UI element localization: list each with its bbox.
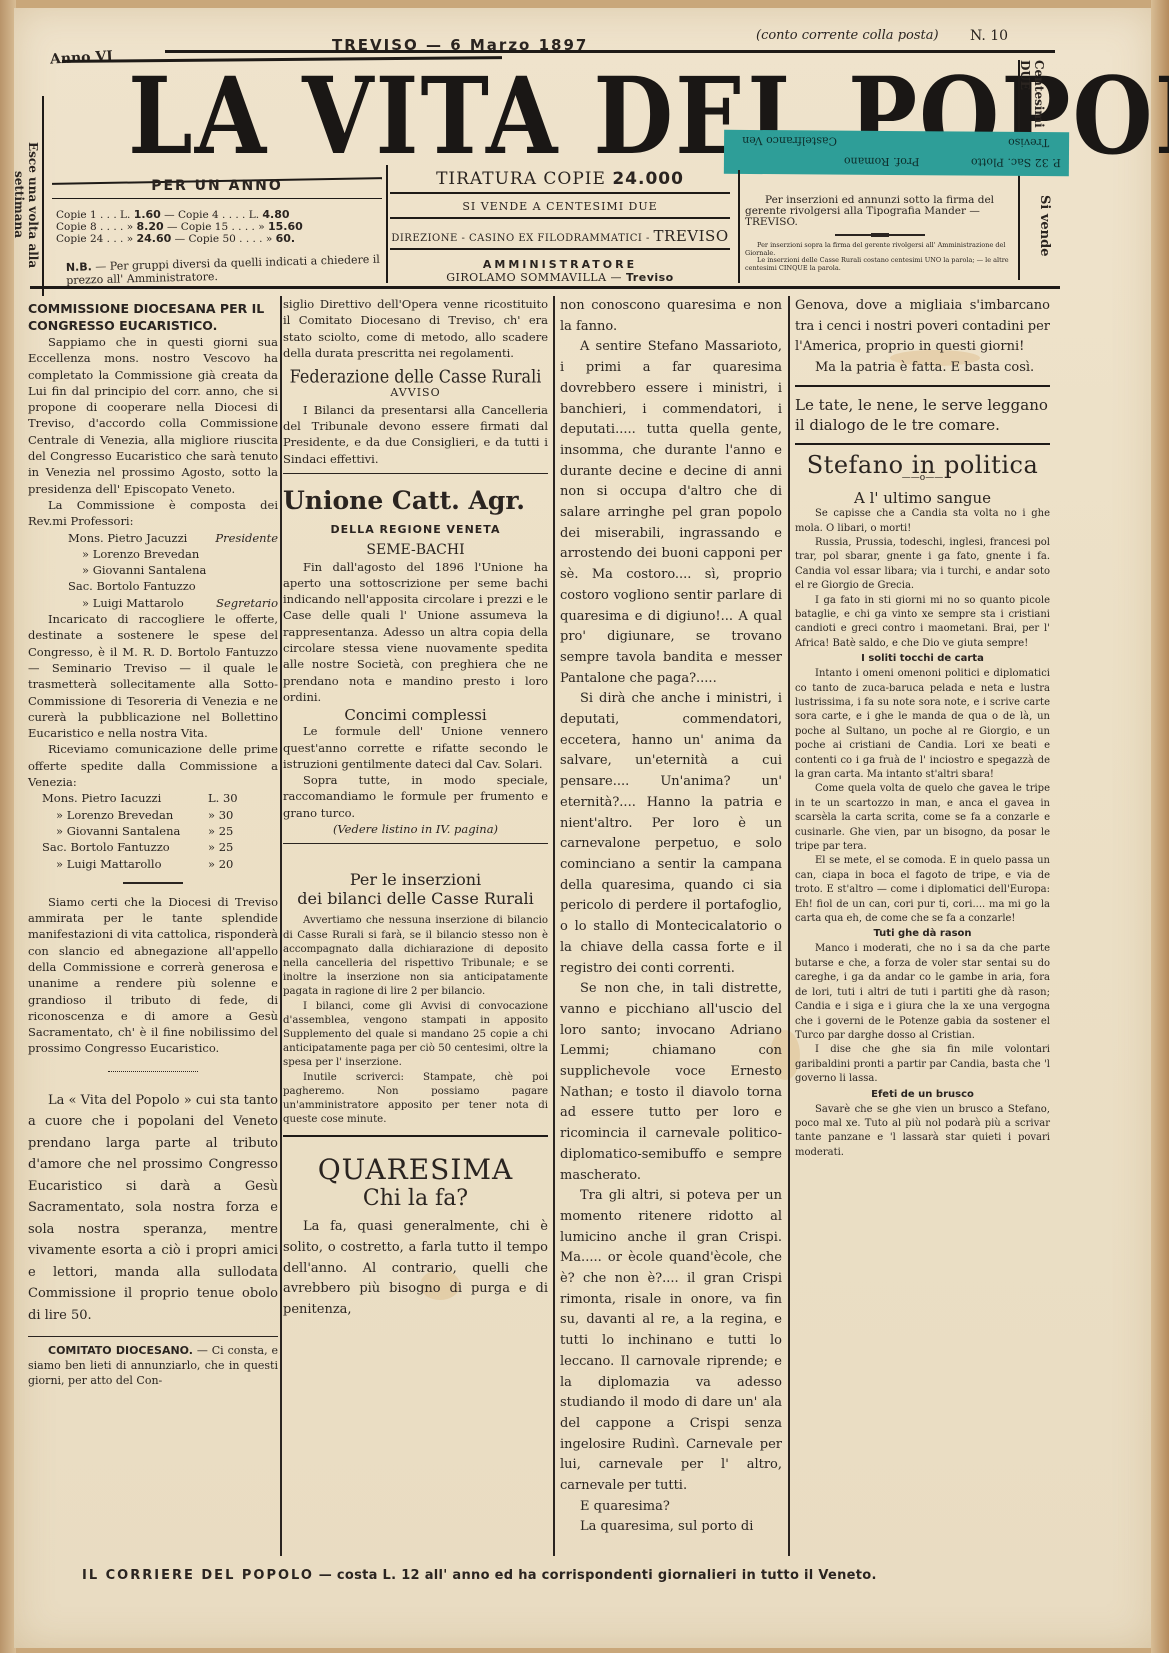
article-subheading: A l' ultimo sangue <box>795 489 1050 507</box>
divider <box>28 1336 278 1337</box>
paragraph: Sopra tutte, in modo speciale, raccomand… <box>283 772 548 821</box>
direction-address: DIREZIONE - CASINO EX FILODRAMMATICI - T… <box>390 227 730 245</box>
member-row: » Luigi MattaroloSegretario <box>68 595 278 611</box>
box-rule <box>52 198 382 199</box>
member-row: » Lorenzo Brevedan <box>68 546 278 562</box>
column-2: siglio Direttivo dell'Opera venne ricost… <box>283 296 548 1321</box>
price-row: Copie 8 . . . . » 8.20 — Copie 15 . . . … <box>56 221 382 233</box>
subscription-box: PER UN ANNO Copie 1 . . . L. 1.60 — Copi… <box>52 170 382 280</box>
article-heading: Stefano in politica <box>795 457 1050 473</box>
divider <box>283 1135 548 1137</box>
masthead-rule <box>165 50 1055 53</box>
column-rule <box>788 296 790 1556</box>
page-edge <box>1151 0 1169 1653</box>
paragraph: I ga fato in sti giorni mi no so quanto … <box>795 594 1050 652</box>
offer-row: Sac. Bortolo Fantuzzo» 25 <box>42 839 248 855</box>
paragraph: La « Vita del Popolo » cui sta tanto a c… <box>28 1090 278 1327</box>
divider <box>795 385 1050 387</box>
member-row: Mons. Pietro JacuzziPresidente <box>68 530 278 546</box>
paragraph: Se capisse che a Candia sta volta no i g… <box>795 507 1050 536</box>
paragraph: E quaresima? <box>560 1497 782 1518</box>
insertions-note: Le inserzioni delle Casse Rurali costano… <box>745 257 1015 272</box>
vertical-rule <box>386 165 388 283</box>
paragraph: non conoscono quaresima e non la fanno. <box>560 296 782 337</box>
article-heading: dei bilanci delle Casse Rurali <box>283 889 548 908</box>
paragraph: Siamo certi che la Diocesi di Treviso am… <box>28 894 278 1057</box>
postal-note: (conto corrente colla posta) <box>756 28 939 43</box>
insertions-box: Per inserzioni ed annunzi sotto la firma… <box>745 195 1015 280</box>
divider <box>795 443 1050 445</box>
box-rule <box>390 217 730 219</box>
paragraph: La fa, quasi generalmente, chi è solito,… <box>283 1217 548 1321</box>
address-label-line: P. 32 Sac. Plotto <box>971 156 1061 170</box>
offers-list: Mons. Pietro IacuzziL. 30 » Lorenzo Brev… <box>28 790 278 871</box>
paragraph: Sappiamo che in questi giorni sua Eccell… <box>28 334 278 497</box>
box-rule <box>390 248 730 250</box>
year-label: Anno VI <box>50 48 114 67</box>
paragraph: Savarè che se ghe vien un brusco a Stefa… <box>795 1103 1050 1161</box>
article-heading: COMMISSIONE DIOCESANA PER IL CONGRESSO E… <box>28 300 278 334</box>
footer-lead: IL CORRIERE DEL POPOLO <box>82 1568 314 1583</box>
paragraph: La quaresima, sul porto di <box>560 1517 782 1538</box>
footer-text: — costa L. 12 all' anno ed ha corrispond… <box>319 1568 877 1583</box>
price-row: Copie 24 . . . » 24.60 — Copie 50 . . . … <box>56 233 382 245</box>
member-row: Sac. Bortolo Fantuzzo <box>68 578 278 594</box>
sale-vertical: Si vende <box>1030 195 1052 275</box>
paragraph: Ma la patria è fatta. E basta così. <box>795 358 1050 379</box>
paragraph: COMITATO DIOCESANO. — Ci consta, e siamo… <box>28 1343 278 1388</box>
insertions-main: Per inserzioni ed annunzi sotto la firma… <box>745 195 1015 228</box>
paragraph: Se non che, in tali distrette, vanno e p… <box>560 979 782 1186</box>
circulation-box: TIRATURA COPIE 24.000 SI VENDE A CENTESI… <box>390 165 730 280</box>
paragraph: Incaricato di raccogliere le offerte, de… <box>28 611 278 741</box>
price-vertical: Centesimi DUE <box>1024 60 1046 140</box>
paragraph: El se mete, el se comoda. E in quelo pas… <box>795 854 1050 926</box>
article-subheading: I soliti tocchi de carta <box>795 651 1050 667</box>
paragraph: La Commissione è composta dei Rev.mi Pro… <box>28 497 278 530</box>
paragraph: Si dirà che anche i ministri, i deputati… <box>560 689 782 979</box>
paragraph: Intanto i omeni omenoni politici e diplo… <box>795 667 1050 782</box>
vertical-rule <box>42 96 44 296</box>
paragraph: Tra gli altri, si poteva per un momento … <box>560 1186 782 1497</box>
paragraph: Riceviamo comunicazione delle prime offe… <box>28 741 278 790</box>
column-3: non conoscono quaresima e non la fanno. … <box>560 296 782 1538</box>
article-heading: Le tate, le nene, le serve leggano il di… <box>795 387 1050 443</box>
paragraph: Manco i moderati, che no i sa da che par… <box>795 942 1050 1043</box>
member-row: » Giovanni Santalena <box>68 562 278 578</box>
price-row: Copie 1 . . . L. 1.60 — Copie 4 . . . . … <box>56 209 382 221</box>
divider <box>123 882 183 884</box>
address-label: Castelfranco Ven Treviso Prof. Romano P.… <box>724 130 1069 176</box>
divider <box>108 1069 198 1072</box>
article-subheading: Chi la fa? <box>283 1185 548 1213</box>
address-label-line: Castelfranco Ven <box>742 134 837 148</box>
column-rule <box>280 296 282 1556</box>
subscription-title: PER UN ANNO <box>52 178 382 194</box>
offer-row: » Giovanni Santalena» 25 <box>42 823 248 839</box>
paragraph: Avvertiamo che nessuna inserzione di bil… <box>283 914 548 999</box>
paragraph: A sentire Stefano Massarioto, i primi a … <box>560 337 782 689</box>
insertions-note: Per inserzioni sopra la firma del gerent… <box>745 242 1015 257</box>
article-heading: Unione Catt. Agr. <box>283 486 548 516</box>
article-subheading: DELLA REGIONE VENETA <box>283 522 548 538</box>
sale-price: SI VENDE A CENTESIMI DUE <box>390 200 730 213</box>
column-rule <box>553 296 555 1556</box>
reference-note: (Vedere listino in IV. pagina) <box>283 821 548 837</box>
paragraph: siglio Direttivo dell'Opera venne ricost… <box>283 296 548 361</box>
column-1: COMMISSIONE DIOCESANA PER IL CONGRESSO E… <box>28 300 278 1388</box>
article-subheading: SEME-BACHI <box>283 542 548 558</box>
circulation: TIRATURA COPIE 24.000 <box>390 169 730 189</box>
address-label-line: Treviso <box>1008 136 1049 149</box>
paragraph: Inutile scriverci: Stampate, chè poi pag… <box>283 1071 548 1128</box>
article-subheading: AVVISO <box>283 385 548 401</box>
article-heading: Federazione delle Casse Rurali <box>283 368 548 386</box>
offer-row: » Luigi Mattarollo» 20 <box>42 856 248 872</box>
member-list: Mons. Pietro JacuzziPresidente » Lorenzo… <box>28 530 278 611</box>
frequency-vertical: Esce una volta alla settimana <box>18 110 40 300</box>
administrator-name: GIROLAMO SOMMAVILLA — Treviso <box>390 271 730 284</box>
issue-number: N. 10 <box>970 28 1008 44</box>
divider <box>283 473 548 474</box>
footer-advert: IL CORRIERE DEL POPOLO — costa L. 12 all… <box>82 1568 877 1583</box>
administrator-label: AMMINISTRATORE <box>390 258 730 271</box>
paragraph: Come quela volta de quelo che gavea le t… <box>795 782 1050 854</box>
price-table: Copie 1 . . . L. 1.60 — Copie 4 . . . . … <box>52 209 382 245</box>
article-subheading: Concimi complessi <box>283 707 548 723</box>
paragraph: Le formule dell' Unione vennero quest'an… <box>283 723 548 772</box>
paragraph: Genova, dove a migliaia s'imbarcano tra … <box>795 296 1050 358</box>
article-subheading: Tuti ghe dà rason <box>795 926 1050 942</box>
offer-row: » Lorenzo Brevedan» 30 <box>42 807 248 823</box>
box-rule <box>390 192 730 194</box>
column-4: Genova, dove a migliaia s'imbarcano tra … <box>795 296 1050 1160</box>
vertical-rule <box>738 170 740 283</box>
masthead-bottom-rule <box>30 286 1060 289</box>
address-label-line: Prof. Romano <box>844 155 920 169</box>
divider <box>835 234 925 236</box>
article-heading: Per le inserzioni <box>283 870 548 889</box>
paragraph: I Bilanci da presentarsi alla Cancelleri… <box>283 402 548 467</box>
paragraph: I bilanci, come gli Avvisi di convocazio… <box>283 1000 548 1071</box>
article-subheading: Efeti de un brusco <box>795 1087 1050 1103</box>
paragraph: Fin dall'agosto del 1896 l'Unione ha ape… <box>283 559 548 706</box>
paragraph: Russia, Prussia, todeschi, inglesi, fran… <box>795 536 1050 594</box>
paragraph: I dise che ghe sia fin mile volontari ga… <box>795 1043 1050 1086</box>
offer-row: Mons. Pietro IacuzziL. 30 <box>42 790 248 806</box>
divider <box>283 843 548 844</box>
article-heading: QUARESIMA <box>283 1155 548 1185</box>
